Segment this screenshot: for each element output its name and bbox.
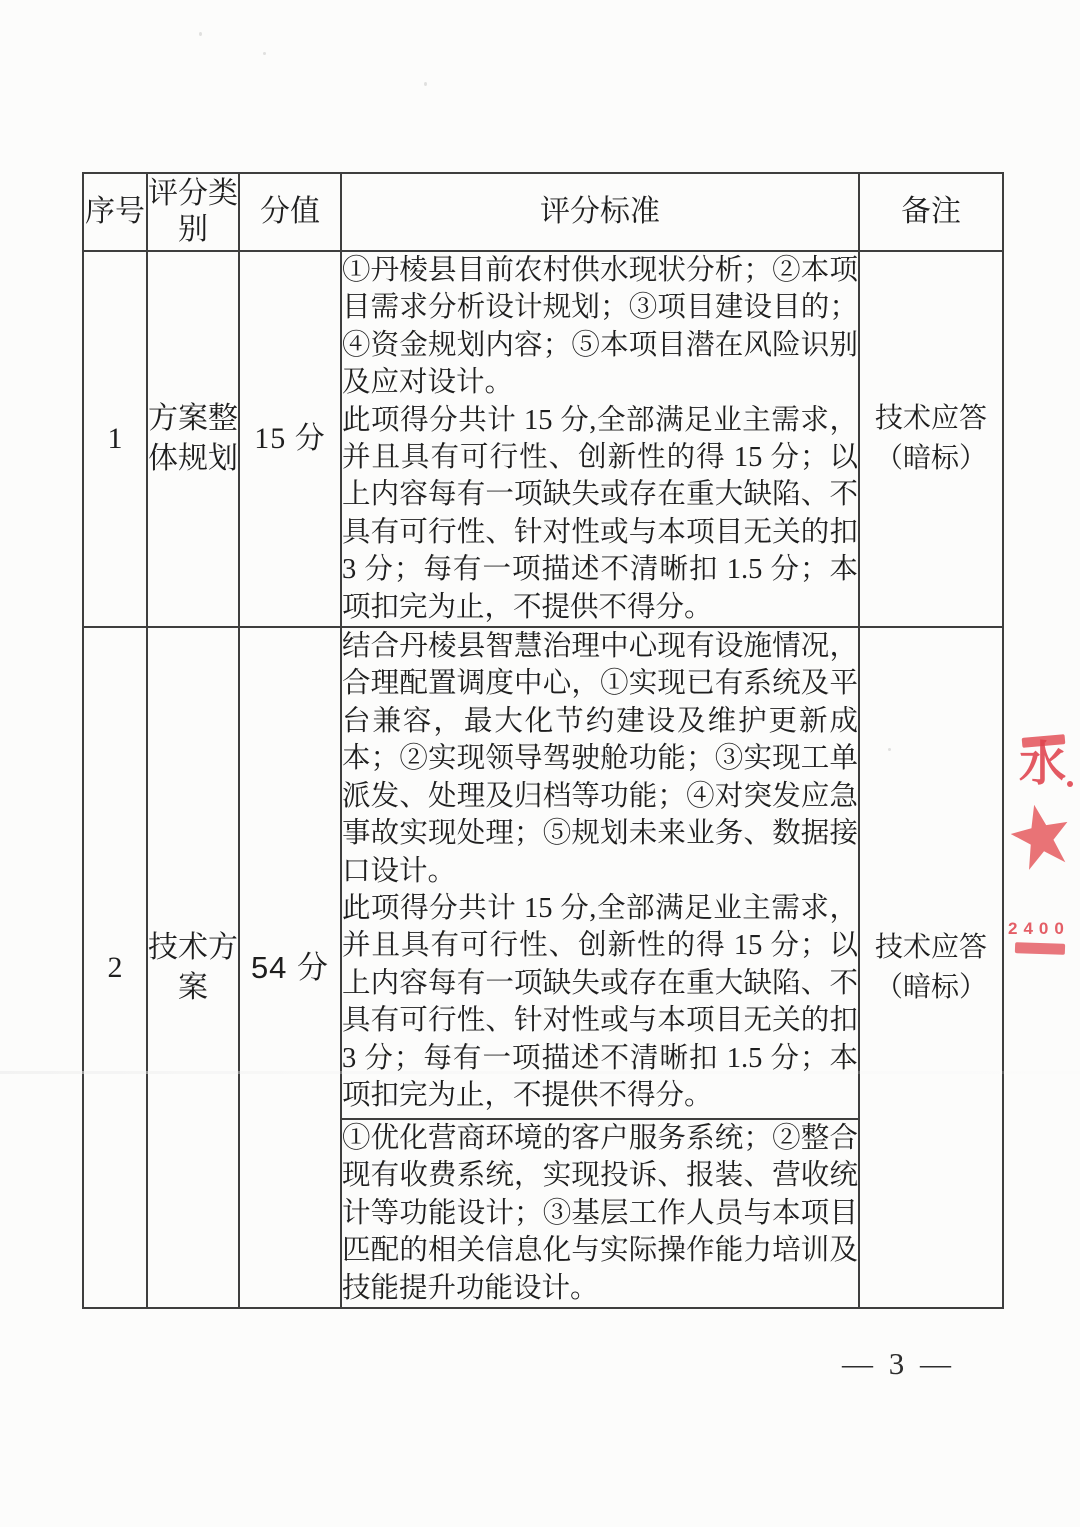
scan-speck bbox=[424, 82, 427, 86]
table-header-row: 序号 评分类别 分值 评分标准 备注 bbox=[83, 173, 1003, 251]
col-header-category: 评分类别 bbox=[147, 173, 239, 251]
col-header-criteria: 评分标准 bbox=[341, 173, 859, 251]
row2-remark-cell: 技术应答 （暗标） bbox=[859, 627, 1003, 1308]
scan-crease-line bbox=[0, 1071, 1080, 1074]
table-row: 1 方案整体规划 15 分 ①丹棱县目前农村供水现状分析；②本项目需求分析设计规… bbox=[83, 251, 1003, 627]
seal-bottom-bar bbox=[1015, 942, 1065, 955]
seal-star-icon bbox=[1006, 799, 1076, 876]
table-row: 2 技术方案 54 分 结合丹棱县智慧治理中心现有设施情况，合理配置调度中心，①… bbox=[83, 627, 1003, 1119]
row2-criteria-top-cell: 结合丹棱县智慧治理中心现有设施情况，合理配置调度中心，①实现已有系统及平台兼容，… bbox=[341, 627, 859, 1119]
row1-criteria-cell: ①丹棱县目前农村供水现状分析；②本项目需求分析设计规划；③项目建设目的；④资金规… bbox=[341, 251, 859, 627]
col-header-remark: 备注 bbox=[859, 173, 1003, 251]
row1-category-cell: 方案整体规划 bbox=[147, 251, 239, 627]
scanned-document-page: 序号 评分类别 分值 评分标准 备注 1 方案整体规划 15 分 ①丹棱县目前农… bbox=[0, 0, 1080, 1527]
seal-top-bar bbox=[1022, 734, 1066, 748]
page-number: — 3 — bbox=[842, 1346, 955, 1382]
row2-no-cell: 2 bbox=[83, 627, 147, 1308]
col-header-score: 分值 bbox=[239, 173, 341, 251]
seal-code-digits: 2400 bbox=[1008, 919, 1070, 939]
seal-character: 水 bbox=[1019, 742, 1066, 789]
row1-score-cell: 15 分 bbox=[239, 251, 341, 627]
row2-category-cell: 技术方案 bbox=[147, 627, 239, 1308]
scan-speck bbox=[263, 52, 266, 55]
scan-speck bbox=[199, 32, 202, 36]
scoring-criteria-table: 序号 评分类别 分值 评分标准 备注 1 方案整体规划 15 分 ①丹棱县目前农… bbox=[82, 172, 1004, 1309]
col-header-no: 序号 bbox=[83, 173, 147, 251]
scan-speck bbox=[888, 748, 891, 751]
row1-remark-cell: 技术应答 （暗标） bbox=[859, 251, 1003, 627]
row2-score-cell: 54 分 bbox=[239, 627, 341, 1308]
row1-no-cell: 1 bbox=[83, 251, 147, 627]
row2-criteria-bottom-cell: ①优化营商环境的客户服务系统；②整合现有收费系统，实现投诉、报装、营收统计等功能… bbox=[341, 1119, 859, 1308]
